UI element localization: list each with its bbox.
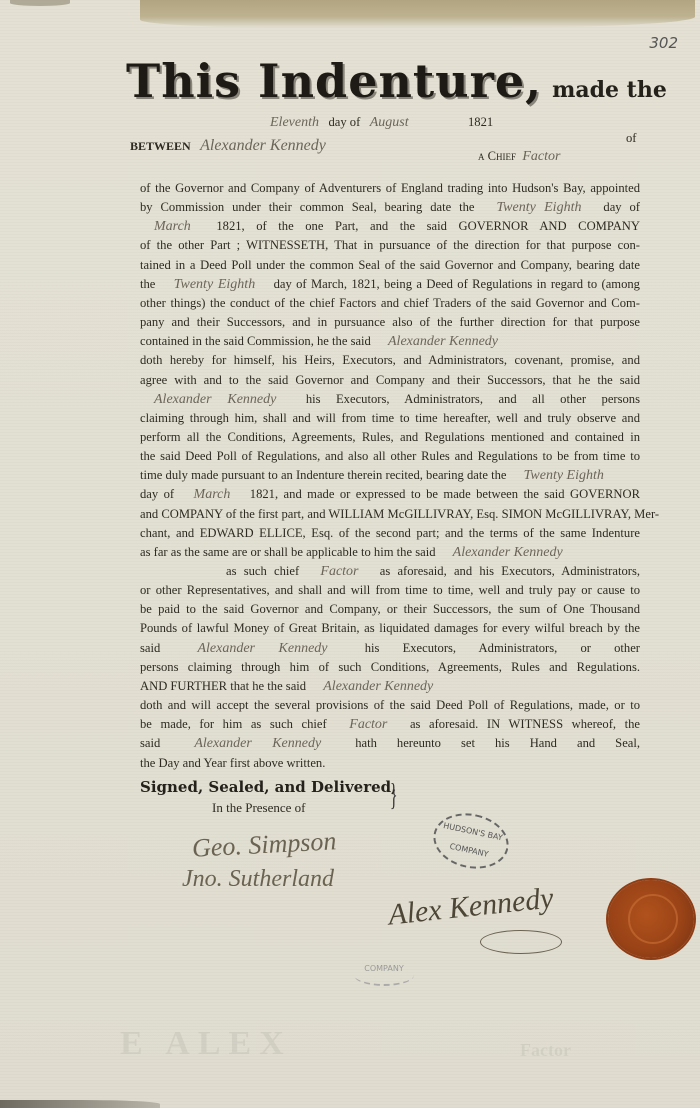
printed-text: as aforesaid, and his Executors, Adminis… bbox=[373, 564, 640, 578]
wax-seal bbox=[608, 880, 694, 958]
body-line: as far as the same are or shall be appli… bbox=[140, 542, 640, 563]
printed-text: agree with and to the said Governor and … bbox=[140, 373, 640, 387]
indenture-document: 302 This Indenture, made the Eleventh da… bbox=[0, 0, 700, 1108]
body-line: persons claiming through him of such Con… bbox=[140, 657, 640, 677]
printed-text: day of March, 1821, being a Deed of Regu… bbox=[269, 277, 640, 291]
body-line: March 1821, of the one Part, and the sai… bbox=[140, 216, 640, 237]
handwritten-insert: Factor bbox=[349, 717, 387, 732]
signing-heading: Signed, Sealed, and Delivered, bbox=[140, 778, 396, 796]
bleed-through-text-2: Factor bbox=[520, 1040, 571, 1061]
printed-text: his Executors, Administrators, or other bbox=[342, 641, 640, 655]
chief-label: a Chief bbox=[478, 149, 516, 163]
date-line: Eleventh day of August 1821 bbox=[270, 112, 530, 133]
handwritten-insert: Factor bbox=[320, 564, 358, 579]
document-title: This Indenture, made the bbox=[126, 54, 646, 108]
title-blackletter: This Indenture, bbox=[126, 54, 542, 108]
body-line: doth hereby for himself, his Heirs, Exec… bbox=[140, 350, 640, 370]
body-line: Pounds of lawful Money of Great Britain,… bbox=[140, 618, 640, 638]
witness-signature-2: Jno. Sutherland bbox=[182, 866, 334, 893]
signatory-signature: Alex Kennedy bbox=[387, 881, 555, 932]
printed-text: his Executors, Administrators, and all o… bbox=[290, 392, 640, 406]
year: 1821 bbox=[468, 112, 493, 132]
body-line: time duly made pursuant to an Indenture … bbox=[140, 465, 640, 486]
printed-text: or other Representatives, and shall and … bbox=[140, 583, 640, 597]
printed-text: 1821, and made or expressed to be made b… bbox=[244, 487, 640, 501]
body-line: Alexander Kennedy his Executors, Adminis… bbox=[140, 389, 640, 410]
printed-text: said bbox=[140, 736, 180, 750]
body-line: said Alexander Kennedy hath hereunto set… bbox=[140, 733, 640, 754]
faint-stamp: COMPANY bbox=[354, 964, 414, 986]
body-line: pany and their Successors, and in pursua… bbox=[140, 312, 640, 332]
printed-text: as such chief bbox=[226, 564, 306, 578]
body-line: the Twenty Eighth day of March, 1821, be… bbox=[140, 274, 640, 295]
printed-text: AND FURTHER that he the said bbox=[140, 679, 309, 693]
printed-text: hath hereunto set his Hand and Seal, bbox=[335, 736, 640, 750]
handwritten-insert: Alexander Kennedy bbox=[388, 334, 498, 349]
printed-text: day of bbox=[595, 200, 640, 214]
stamp-top-text: HUDSON'S BAY bbox=[442, 821, 503, 842]
between-label: BETWEEN bbox=[130, 139, 191, 153]
presence-label: In the Presence of bbox=[212, 800, 306, 816]
signature-flourish bbox=[480, 930, 562, 954]
brace-symbol: } bbox=[390, 776, 398, 813]
printed-text: and COMPANY of the first part, and WILLI… bbox=[140, 507, 659, 521]
handwritten-insert: Alexander Kennedy bbox=[197, 641, 327, 656]
bleed-through-text: E ALEX bbox=[120, 1025, 292, 1063]
body-line: contained in the said Commission, he the… bbox=[140, 331, 640, 352]
printed-text: doth hereby for himself, his Heirs, Exec… bbox=[140, 353, 640, 367]
handwritten-insert: Alexander Kennedy bbox=[194, 736, 321, 751]
body-line: or other Representatives, and shall and … bbox=[140, 580, 640, 600]
printed-text: persons claiming through him of such Con… bbox=[140, 660, 640, 674]
body-line: doth and will accept the several provisi… bbox=[140, 695, 640, 715]
body-line: said Alexander Kennedy his Executors, Ad… bbox=[140, 638, 640, 659]
body-line: other things) the conduct of the chief F… bbox=[140, 293, 640, 313]
chief-role-handwritten: Factor bbox=[522, 149, 560, 164]
printed-text: time duly made pursuant to an Indenture … bbox=[140, 468, 510, 482]
page-edge-shadow bbox=[0, 1100, 160, 1108]
stamp-bottom-text: COMPANY bbox=[449, 842, 489, 859]
body-line: the Day and Year first above written. bbox=[140, 753, 640, 773]
printed-text: the bbox=[140, 277, 160, 291]
printed-text: day of bbox=[140, 487, 180, 501]
printed-text: doth and will accept the several provisi… bbox=[140, 698, 640, 712]
seal-impression bbox=[628, 894, 678, 944]
printed-text: claiming through him, shall and will fro… bbox=[140, 411, 640, 425]
body-line: by Commission under their common Seal, b… bbox=[140, 197, 640, 218]
printed-text: be paid to the said Governor and Company… bbox=[140, 602, 640, 616]
printed-text: as far as the same are or shall be appli… bbox=[140, 545, 439, 559]
body-line: be made, for him as such chief Factor as… bbox=[140, 714, 640, 735]
printed-text: pany and their Successors, and in pursua… bbox=[140, 315, 640, 329]
handwritten-insert: Twenty Eighth bbox=[524, 468, 604, 483]
printed-text: 1821, of the one Part, and the said GOVE… bbox=[205, 219, 640, 233]
printed-text: Pounds of lawful Money of Great Britain,… bbox=[140, 621, 640, 635]
body-line: tained in a Deed Poll under the common S… bbox=[140, 255, 640, 275]
body-line: claiming through him, shall and will fro… bbox=[140, 408, 640, 428]
body-line: chant, and EDWARD ELLICE, Esq. of the se… bbox=[140, 523, 640, 543]
printed-text: the Day and Year first above written. bbox=[140, 756, 325, 770]
printed-text: tained in a Deed Poll under the common S… bbox=[140, 258, 640, 272]
printed-text: be made, for him as such chief bbox=[140, 717, 335, 731]
handwritten-insert: March bbox=[194, 487, 231, 502]
day-handwritten: Eleventh bbox=[270, 115, 319, 130]
body-line: of the Governor and Company of Adventure… bbox=[140, 178, 640, 198]
body-line: be paid to the said Governor and Company… bbox=[140, 599, 640, 619]
printed-text: contained in the said Commission, he the… bbox=[140, 334, 374, 348]
day-of-label: day of bbox=[328, 115, 360, 129]
tape-strip bbox=[140, 0, 695, 28]
printed-text: other things) the conduct of the chief F… bbox=[140, 296, 640, 310]
body-line: as such chief Factor as aforesaid, and h… bbox=[226, 561, 640, 582]
handwritten-insert: March bbox=[154, 219, 191, 234]
printed-text: the said Deed Poll of Regulations, and a… bbox=[140, 449, 640, 463]
chief-line: a Chief Factor bbox=[478, 146, 638, 167]
body-line: and COMPANY of the first part, and WILLI… bbox=[140, 504, 640, 524]
handwritten-insert: Alexander Kennedy bbox=[453, 545, 563, 560]
handwritten-insert: Alexander Kennedy bbox=[154, 392, 276, 407]
body-line: perform all the Conditions, Agreements, … bbox=[140, 427, 640, 447]
body-line: day of March 1821, and made or expressed… bbox=[140, 484, 640, 505]
party-handwritten: Alexander Kennedy bbox=[200, 137, 326, 154]
handwritten-insert: Twenty Eighth bbox=[496, 200, 581, 215]
handwritten-insert: Alexander Kennedy bbox=[323, 679, 433, 694]
printed-text: as aforesaid. IN WITNESS whereof, the bbox=[401, 717, 640, 731]
body-line: agree with and to the said Governor and … bbox=[140, 370, 640, 390]
printed-text: said bbox=[140, 641, 183, 655]
printed-text: perform all the Conditions, Agreements, … bbox=[140, 430, 640, 444]
folio-number: 302 bbox=[649, 34, 678, 52]
witness-signature-1: Geo. Simpson bbox=[191, 826, 337, 864]
tape-edge bbox=[10, 0, 70, 6]
of-label: of bbox=[626, 128, 637, 148]
company-stamp: HUDSON'S BAY COMPANY bbox=[428, 807, 514, 876]
body-line: of the other Part ; WITNESSETH, That in … bbox=[140, 235, 640, 255]
handwritten-insert: Twenty Eighth bbox=[174, 277, 255, 292]
printed-text: of the Governor and Company of Adventure… bbox=[140, 181, 640, 195]
printed-text: of the other Part ; WITNESSETH, That in … bbox=[140, 238, 640, 252]
printed-text: by Commission under their common Seal, b… bbox=[140, 200, 482, 214]
title-suffix: made the bbox=[552, 77, 667, 103]
printed-text: chant, and EDWARD ELLICE, Esq. of the se… bbox=[140, 526, 640, 540]
body-line: AND FURTHER that he the said Alexander K… bbox=[140, 676, 640, 697]
month-handwritten: August bbox=[370, 115, 409, 130]
body-line: the said Deed Poll of Regulations, and a… bbox=[140, 446, 640, 466]
